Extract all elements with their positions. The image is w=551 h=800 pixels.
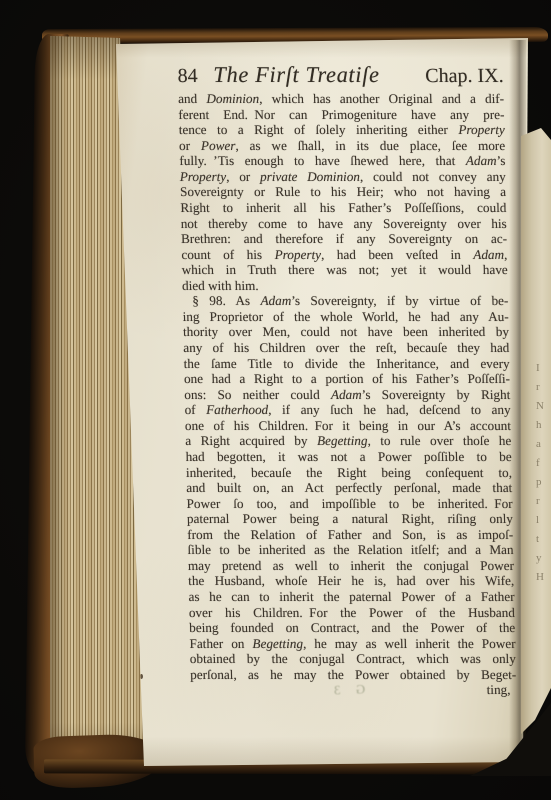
text-line: tence to a Right of ſolely inheriting ei… — [179, 122, 505, 138]
facing-page-edge: IrNhafprltyH — [521, 128, 551, 740]
edge-letter: t — [536, 533, 539, 545]
text-line: ons: So neither could Adam’s Sovereignty… — [184, 387, 510, 403]
text-line: not thereby come to have any Sovereignty… — [181, 216, 507, 232]
text-line: over his Children. For the Power of the … — [189, 605, 515, 621]
page-number: 84 — [177, 65, 197, 88]
body-text: and Dominion, which has another Original… — [178, 91, 516, 682]
text-line: or Power, as we ſhall, in its due place,… — [179, 138, 505, 154]
text-line: died with him. — [182, 278, 508, 294]
text-line: count of his Property, had been veſted i… — [181, 247, 507, 263]
chapter-label: Chap. IX. — [425, 65, 504, 88]
page-header: 84 The Firſt Treatiſe Chap. IX. — [177, 62, 504, 88]
text-line: from the Relation of Father and Son, is … — [187, 527, 513, 543]
edge-letter: h — [536, 419, 542, 431]
text-line: may pretend as well to inherit the conju… — [188, 558, 514, 574]
show-through-mark: G 3 — [328, 681, 366, 698]
facing-page-edge-letters: IrNhafprltyH — [521, 358, 551, 688]
text-line: Brethren: and therefore if any Sovereign… — [181, 231, 507, 247]
text-line: the ſame Title to divide the Inheritance… — [183, 356, 509, 372]
edge-letter: y — [536, 552, 542, 564]
text-line: ing Proprietor of the whole World, he ha… — [183, 309, 509, 325]
book-page: 84 The Firſt Treatiſe Chap. IX. and Domi… — [104, 36, 528, 766]
edge-letter: f — [536, 457, 540, 469]
edge-letter: H — [536, 571, 544, 583]
edge-letter: r — [536, 495, 540, 507]
text-line: and built on, an Act perfectly perſonal,… — [186, 480, 512, 496]
edge-letter: I — [536, 362, 540, 374]
text-line: paternal Power being a natural Right, ri… — [187, 511, 513, 527]
text-line: one had a Right to a portion of his Fath… — [184, 371, 510, 387]
text-line: which in Truth there was not; yet it wou… — [182, 262, 508, 278]
book-photo: 84 The Firſt Treatiſe Chap. IX. and Domi… — [0, 0, 551, 800]
text-line: obtained by the conjugal Contract, which… — [190, 651, 516, 667]
text-line: thority over Men, could not have been in… — [183, 324, 509, 340]
edge-letter: r — [536, 381, 540, 393]
edge-letter: N — [536, 400, 544, 412]
catchword: ting, — [487, 682, 511, 697]
text-line: inherited, becauſe the Right being conſe… — [186, 465, 512, 481]
text-line: being founded on Contract, and the Power… — [189, 620, 515, 636]
text-line: any of his Children over the reſt, becau… — [183, 340, 509, 356]
text-line: Property, or private Dominion, could not… — [180, 169, 506, 185]
running-title: The Firſt Treatiſe — [213, 62, 380, 88]
text-line: Father on Begetting, he may as well inhe… — [189, 636, 515, 652]
text-line: ferent End. Nor can Primogeniture have a… — [178, 107, 504, 123]
page-content: 84 The Firſt Treatiſe Chap. IX. and Domi… — [177, 62, 516, 698]
text-line: of Fatherhood, if any ſuch he had, deſce… — [184, 402, 510, 418]
edge-letter: l — [536, 514, 539, 526]
text-line: as he can to inherit the paternal Power … — [188, 589, 514, 605]
text-line: Power ſo too, and impoſſible to be inher… — [186, 496, 512, 512]
text-line: had begotten, it was not a Power poſſibl… — [185, 449, 511, 465]
text-line: perſonal, as he may the Power obtained b… — [190, 667, 516, 683]
text-line: ſible to be inherited as the Relation it… — [187, 542, 513, 558]
edge-letter: a — [536, 438, 541, 450]
text-line: Sovereignty or Rule to his Heir; who not… — [180, 184, 506, 200]
text-line: fully. ’Tis enough to have ſhewed here, … — [179, 153, 505, 169]
edge-letter: p — [536, 476, 542, 488]
text-line: Right to inherit all his Father’s Poſſeſ… — [180, 200, 506, 216]
text-line: and Dominion, which has another Original… — [178, 91, 504, 107]
text-line: the Husband, whoſe Heir he is, had over … — [188, 573, 514, 589]
text-line: one of his Children. For it being in our… — [185, 418, 511, 434]
text-line: a Right acquired by Begetting, to rule o… — [185, 433, 511, 449]
text-line: § 98. As Adam’s Sovereignty, if by virtu… — [182, 293, 508, 309]
